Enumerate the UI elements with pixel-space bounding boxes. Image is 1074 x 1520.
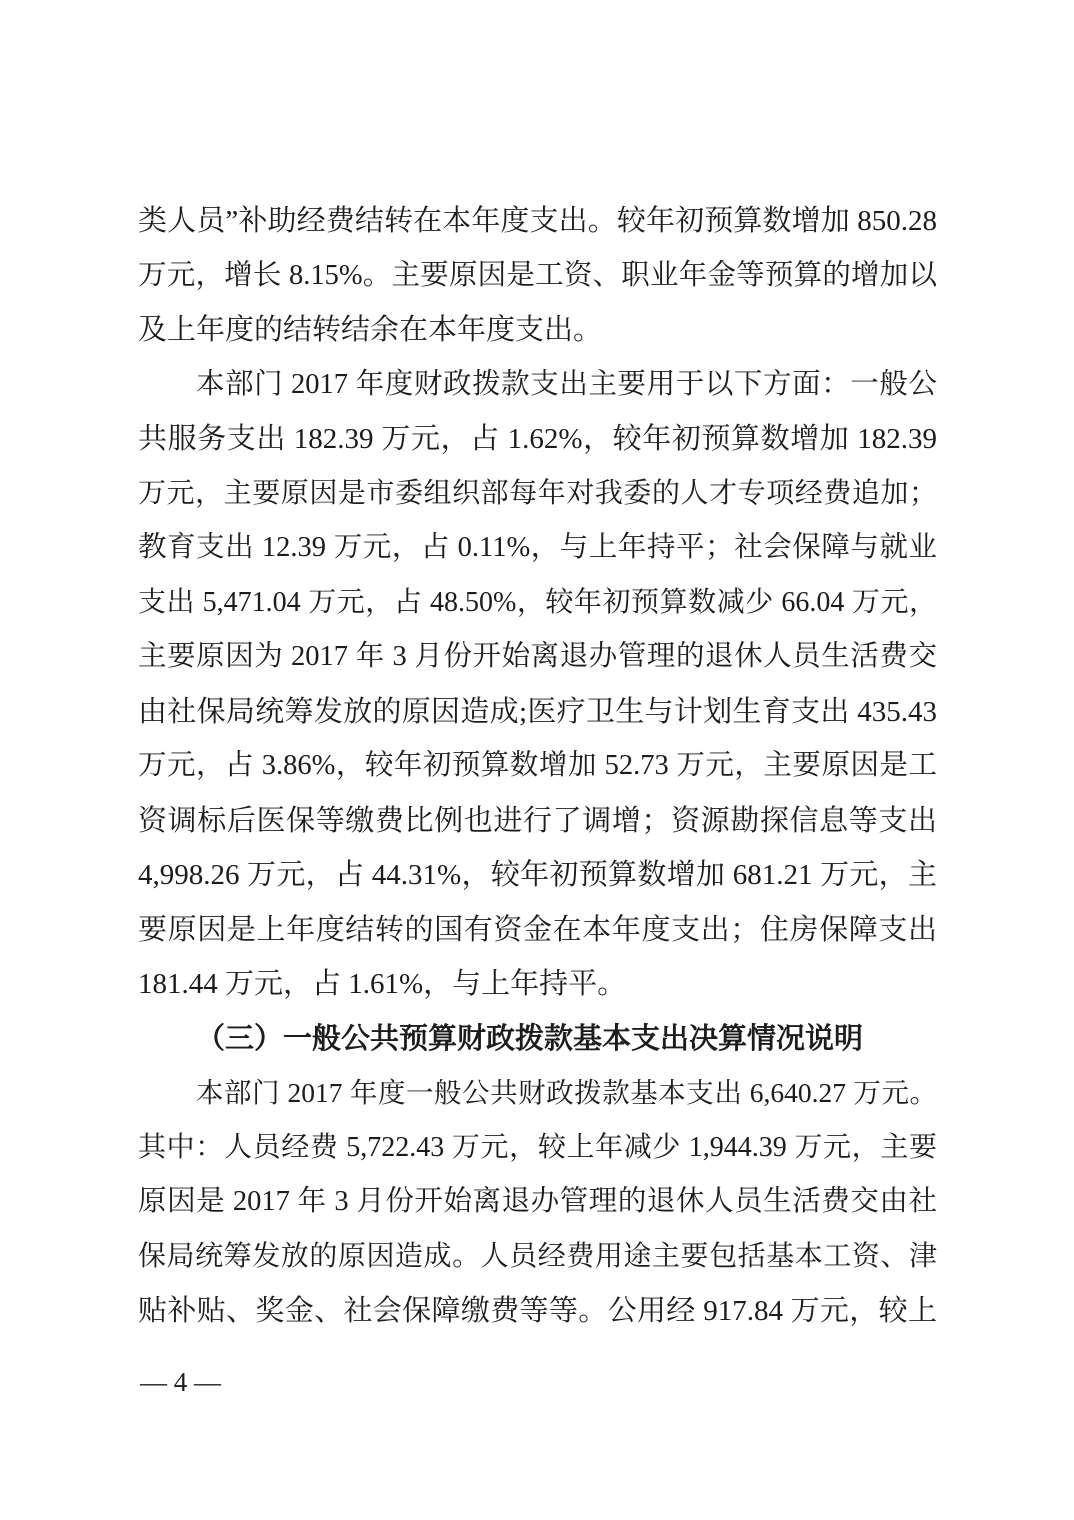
para-basic-expenditure-details: 本部门 2017 年度一般公共财政拨款基本支出 6,640.27 万元。其中：人…: [138, 1066, 937, 1339]
para-carryover-continuation: 类人员”补助经费结转在本年度支出。较年初预算数增加 850.28万元，增长 8.…: [138, 194, 937, 358]
text-line: 类人员”补助经费结转在本年度支出。较年初预算数增加 850.28: [138, 194, 937, 249]
text-line: 其中：人员经费 5,722.43 万元，较上年减少 1,944.39 万元，主要: [138, 1121, 937, 1176]
heading-section-three: （三）一般公共预算财政拨款基本支出决算情况说明: [138, 1012, 937, 1067]
text-line: 万元，占 3.86%，较年初预算数增加 52.73 万元，主要原因是工: [138, 739, 937, 794]
text-line: 万元，增长 8.15%。主要原因是工资、职业年金等预算的增加以: [138, 249, 937, 304]
text-line: 原因是 2017 年 3 月份开始离退办管理的退休人员生活费交由社: [138, 1175, 937, 1230]
text-line: 教育支出 12.39 万元，占 0.11%，与上年持平；社会保障与就业: [138, 521, 937, 576]
text-line: 共服务支出 182.39 万元，占 1.62%，较年初预算数增加 182.39: [138, 412, 937, 467]
text-line: 本部门 2017 年度财政拨款支出主要用于以下方面：一般公: [138, 358, 937, 413]
text-line: 本部门 2017 年度一般公共财政拨款基本支出 6,640.27 万元。: [138, 1066, 937, 1121]
text-line: 贴补贴、奖金、社会保障缴费等等。公用经 917.84 万元，较上: [138, 1284, 937, 1339]
text-line: 4,998.26 万元，占 44.31%，较年初预算数增加 681.21 万元，…: [138, 848, 937, 903]
text-line: 主要原因为 2017 年 3 月份开始离退办管理的退休人员生活费交: [138, 630, 937, 685]
text-line: 及上年度的结转结余在本年度支出。: [138, 303, 937, 358]
text-line: 181.44 万元，占 1.61%，与上年持平。: [138, 957, 937, 1012]
page-number: — 4 —: [140, 1365, 221, 1399]
para-fiscal-expenditure-breakdown: 本部门 2017 年度财政拨款支出主要用于以下方面：一般公共服务支出 182.3…: [138, 358, 937, 1012]
text-line: 保局统筹发放的原因造成。人员经费用途主要包括基本工资、津: [138, 1230, 937, 1285]
document-page: { "page": { "width": 1074, "height": 152…: [0, 0, 1074, 1520]
text-line: 支出 5,471.04 万元，占 48.50%，较年初预算数减少 66.04 万…: [138, 576, 937, 631]
text-line: （三）一般公共预算财政拨款基本支出决算情况说明: [138, 1012, 937, 1067]
document-body: 类人员”补助经费结转在本年度支出。较年初预算数增加 850.28万元，增长 8.…: [138, 194, 937, 1339]
text-line: 万元，主要原因是市委组织部每年对我委的人才专项经费追加；: [138, 467, 937, 522]
text-line: 要原因是上年度结转的国有资金在本年度支出；住房保障支出: [138, 903, 937, 958]
text-line: 由社保局统筹发放的原因造成;医疗卫生与计划生育支出 435.43: [138, 685, 937, 740]
text-line: 资调标后医保等缴费比例也进行了调增；资源勘探信息等支出: [138, 794, 937, 849]
